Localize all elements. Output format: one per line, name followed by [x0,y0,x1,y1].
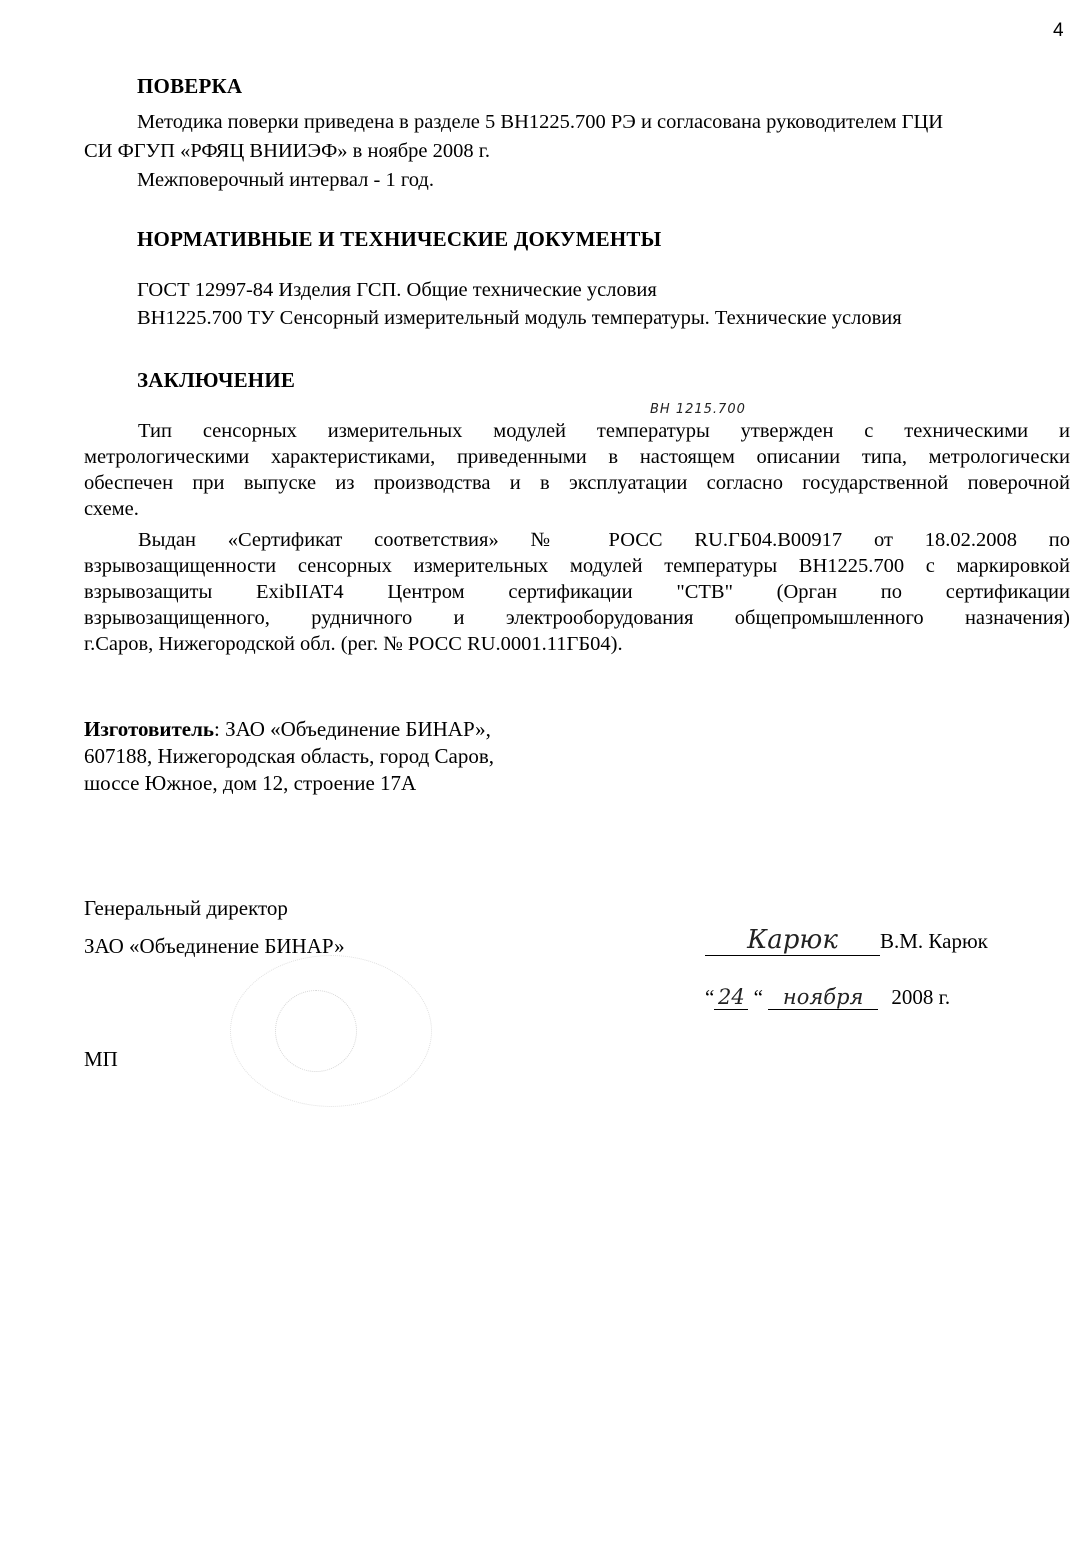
date-month: ноября [768,985,878,1010]
conclusion-heading: ЗАКЛЮЧЕНИЕ [137,368,295,393]
text-line: взрывозащиты ExibIIAT4 Центром сертифика… [84,579,1070,605]
text-line: Выдан «Сертификат соответствия» № РОСС R… [84,527,1070,553]
text-line: схеме. [84,496,1070,522]
text-line: взрывозащищенного, рудничного и электроо… [84,605,1070,631]
manufacturer-line: Изготовитель: ЗАО «Объединение БИНАР», [84,716,494,743]
signer-organization: ЗАО «Объединение БИНАР» [84,933,345,960]
text-line: г.Саров, Нижегородской обл. (рег. № РОСС… [84,631,1070,657]
manufacturer-address-2: шоссе Южное, дом 12, строение 17А [84,770,494,797]
verification-interval: Межповерочный интервал - 1 год. [137,167,434,193]
date-day: 24 [714,985,748,1010]
handwritten-signature: Карюк [705,925,880,956]
verification-line-2: СИ ФГУП «РФЯЦ ВНИИЭФ» в ноябре 2008 г. [84,138,490,164]
manufacturer-address-1: 607188, Нижегородская область, город Сар… [84,743,494,770]
seal-stamp-center [275,990,357,1072]
normative-doc-item: ВН1225.700 ТУ Сенсорный измерительный мо… [137,305,902,331]
manufacturer-label: Изготовитель [84,717,214,741]
normative-doc-item: ГОСТ 12997-84 Изделия ГСП. Общие техниче… [137,277,657,303]
manufacturer-block: Изготовитель: ЗАО «Объединение БИНАР», 6… [84,716,494,797]
stamp-label: МП [84,1046,118,1073]
text-line: Тип сенсорных измерительных модулей темп… [84,418,1070,444]
conclusion-paragraph-2: Выдан «Сертификат соответствия» № РОСС R… [84,527,1070,657]
manufacturer-name: : ЗАО «Объединение БИНАР», [214,717,491,741]
page-number: 4 [1053,20,1064,42]
verification-heading: ПОВЕРКА [137,74,242,99]
text-line: метрологическими характеристиками, приве… [84,444,1070,470]
text-line: обеспечен при выпуске из производства и … [84,470,1070,496]
signer-position: Генеральный директор [84,895,288,922]
signature-date: “24 “ ноября 2008 г. [705,985,950,1010]
date-year: 2008 г. [891,985,950,1009]
signer-name: В.М. Карюк [880,929,988,953]
handwritten-note: ВН 1215.700 [650,402,746,417]
conclusion-paragraph-1: Тип сенсорных измерительных модулей темп… [84,418,1070,522]
signature-line: КарюкВ.М. Карюк [705,925,988,956]
text-line: взрывозащищенности сенсорных измерительн… [84,553,1070,579]
normative-docs-heading: НОРМАТИВНЫЕ И ТЕХНИЧЕСКИЕ ДОКУМЕНТЫ [137,227,661,252]
verification-line-1: Методика поверки приведена в разделе 5 В… [137,109,943,135]
